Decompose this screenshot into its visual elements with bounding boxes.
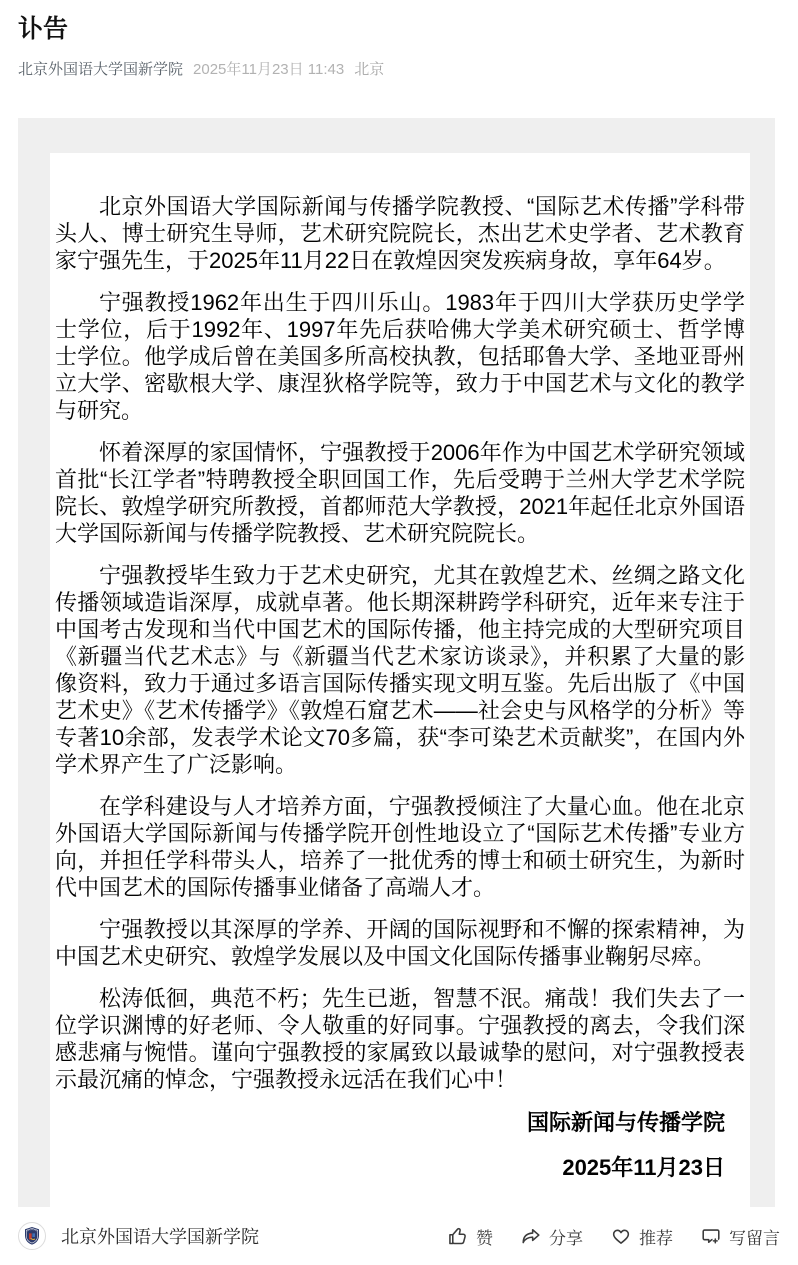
like-button[interactable]: 赞: [447, 1224, 493, 1249]
article-page: 讣告 北京外国语大学国新学院 2025年11月23日 11:43 北京 北京外国…: [0, 0, 798, 1265]
footer-account[interactable]: 北京外国语大学国新学院: [18, 1222, 259, 1250]
obituary-paragraph: 宁强教授1962年出生于四川乐山。1983年于四川大学获历史学学士学位，后于19…: [55, 289, 745, 424]
publish-timestamp: 2025年11月23日 11:43: [193, 60, 344, 80]
content-section: 北京外国语大学国际新闻与传播学院教授、“国际艺术传播”学科带头人、博士研究生导师…: [18, 118, 775, 1207]
share-icon: [520, 1225, 542, 1247]
obituary-paragraph: 在学科建设与人才培养方面，宁强教授倾注了大量心血。他在北京外国语大学国际新闻与传…: [55, 793, 745, 901]
signature-name: 国际新闻与传播学院: [55, 1109, 745, 1136]
obituary-paragraph: 松涛低徊，典范不朽；先生已逝，智慧不泯。痛哉！我们失去了一位学识渊博的好老师、令…: [55, 985, 745, 1093]
comment-label: 写留言: [729, 1224, 780, 1249]
comment-icon: [700, 1225, 722, 1247]
account-link[interactable]: 北京外国语大学国新学院: [18, 60, 183, 80]
share-button[interactable]: 分享: [520, 1224, 583, 1249]
signature-date: 2025年11月23日: [55, 1154, 745, 1181]
recommend-label: 推荐: [639, 1224, 673, 1249]
content-card: 北京外国语大学国际新闻与传播学院教授、“国际艺术传播”学科带头人、博士研究生导师…: [50, 153, 750, 1207]
article-header: 讣告 北京外国语大学国新学院 2025年11月23日 11:43 北京: [0, 0, 798, 80]
footer-account-name[interactable]: 北京外国语大学国新学院: [61, 1223, 259, 1249]
heart-icon: [610, 1225, 632, 1247]
recommend-button[interactable]: 推荐: [610, 1224, 673, 1249]
page-title: 讣告: [18, 14, 780, 44]
university-crest-icon: [20, 1224, 44, 1248]
thumb-up-icon: [447, 1225, 469, 1247]
action-bar: 赞 分享 推荐 写留言: [447, 1224, 780, 1249]
obituary-paragraph: 宁强教授毕生致力于艺术史研究，尤其在敦煌艺术、丝绸之路文化传播领域造诣深厚，成就…: [55, 562, 745, 778]
publish-location: 北京: [354, 60, 384, 80]
account-avatar[interactable]: [18, 1222, 46, 1250]
like-label: 赞: [476, 1224, 493, 1249]
article-footer: 北京外国语大学国新学院 赞 分享 推荐: [0, 1207, 798, 1265]
obituary-paragraph: 怀着深厚的家国情怀，宁强教授于2006年作为中国艺术学研究领域首批“长江学者”特…: [55, 439, 745, 547]
comment-button[interactable]: 写留言: [700, 1224, 780, 1249]
obituary-paragraph: 宁强教授以其深厚的学养、开阔的国际视野和不懈的探索精神，为中国艺术史研究、敦煌学…: [55, 916, 745, 970]
obituary-paragraph: 北京外国语大学国际新闻与传播学院教授、“国际艺术传播”学科带头人、博士研究生导师…: [55, 193, 745, 274]
share-label: 分享: [549, 1224, 583, 1249]
article-meta: 北京外国语大学国新学院 2025年11月23日 11:43 北京: [18, 60, 780, 80]
